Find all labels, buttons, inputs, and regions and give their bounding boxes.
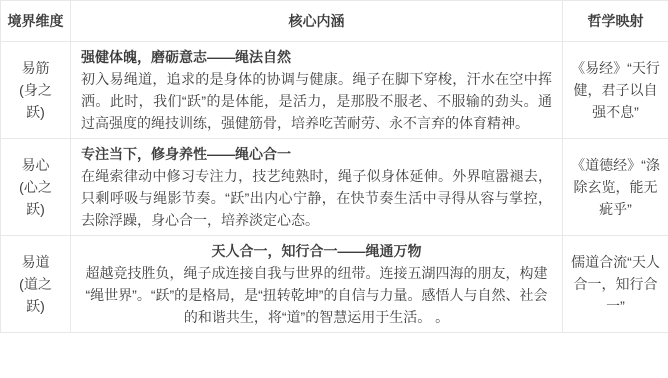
core-body: 在绳索律动中修习专注力，技艺纯熟时，绳子似身体延伸。外界喧嚣褪去，只剩呼吸与绳影… [81, 168, 552, 228]
dimension-cell: 易筋 (身之 跃) [1, 42, 71, 139]
table-row: 易筋 (身之 跃) 强健体魄，磨砺意志——绳法自然 初入易绳道，追求的是身体的协… [1, 42, 668, 139]
core-title: 天人合一，知行合一——绳通万物 [81, 240, 552, 262]
table-row: 易道 (道之 跃) 天人合一，知行合一——绳通万物 超越竞技胜负，绳子成连接自我… [1, 236, 668, 333]
table-header: 境界维度 核心内涵 哲学映射 [1, 1, 668, 42]
core-title: 专注当下，修身养性——绳心合一 [81, 143, 552, 165]
core-cell: 强健体魄，磨砺意志——绳法自然 初入易绳道，追求的是身体的协调与健康。绳子在脚下… [71, 42, 563, 139]
philosophy-cell: 《易经》“天行 健，君子以自 强不息” [563, 42, 668, 139]
dimension-cell: 易道 (道之 跃) [1, 236, 71, 333]
philosophy-cell: 《道德经》“涤 除玄览，能无 疵乎” [563, 139, 668, 236]
table-row: 易心 (心之 跃) 专注当下，修身养性——绳心合一 在绳索律动中修习专注力，技艺… [1, 139, 668, 236]
core-body: 超越竞技胜负，绳子成连接自我与世界的纽带。连接五湖四海的朋友，构建“绳世界”。“… [86, 265, 548, 325]
dimension-cell: 易心 (心之 跃) [1, 139, 71, 236]
header-cell-philosophy: 哲学映射 [563, 1, 668, 42]
philosophy-cell: 儒道合流“天人 合一，知行合 一” [563, 236, 668, 333]
header-row: 境界维度 核心内涵 哲学映射 [1, 1, 668, 42]
core-title: 强健体魄，磨砺意志——绳法自然 [81, 46, 552, 68]
header-cell-dimension: 境界维度 [1, 1, 71, 42]
header-cell-core: 核心内涵 [71, 1, 563, 42]
core-cell: 天人合一，知行合一——绳通万物 超越竞技胜负，绳子成连接自我与世界的纽带。连接五… [71, 236, 563, 333]
core-body: 初入易绳道，追求的是身体的协调与健康。绳子在脚下穿梭，汗水在空中挥洒。此时，我们… [81, 71, 552, 131]
core-cell: 专注当下，修身养性——绳心合一 在绳索律动中修习专注力，技艺纯熟时，绳子似身体延… [71, 139, 563, 236]
realm-table: 境界维度 核心内涵 哲学映射 易筋 (身之 跃) 强健体魄，磨砺意志——绳法自然… [0, 0, 668, 333]
